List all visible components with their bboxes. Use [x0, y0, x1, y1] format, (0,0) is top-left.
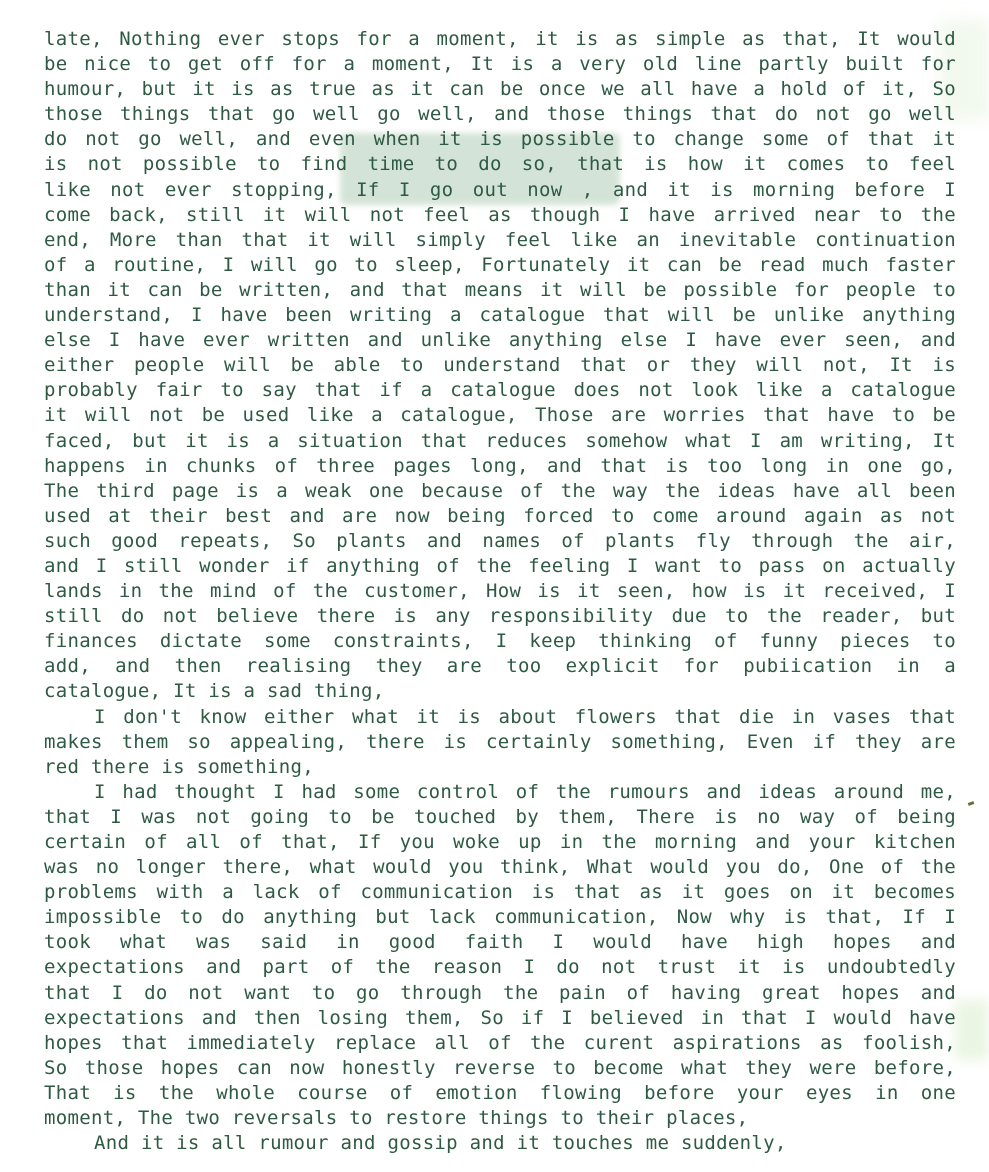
text-line: do not go well, and even when it is poss… [44, 127, 956, 152]
text-line: expectations and then losing them, So if… [44, 1006, 956, 1031]
text-line: red there is something, [44, 755, 956, 780]
paper-speck [968, 801, 975, 806]
text-line: that I was not going to be touched by th… [44, 805, 956, 830]
text-line: faced, but it is a situation that reduce… [44, 429, 956, 454]
text-line: either people will be able to understand… [44, 353, 956, 378]
text-line: like not ever stopping, If I go out now … [44, 178, 956, 203]
text-line: it will not be used like a catalogue, Th… [44, 403, 956, 428]
text-line: still do not believe there is any respon… [44, 604, 956, 629]
text-line: humour, but it is as true as it can be o… [44, 77, 956, 102]
text-line: be nice to get off for a moment, It is a… [44, 52, 956, 77]
text-line: certain of all of that, If you woke up i… [44, 830, 956, 855]
text-line: makes them so appealing, there is certai… [44, 730, 956, 755]
text-line: those things that go well go well, and t… [44, 102, 956, 127]
text-line: else I have ever written and unlike anyt… [44, 328, 956, 353]
text-line: is not possible to find time to do so, t… [44, 152, 956, 177]
text-line: understand, I have been writing a catalo… [44, 303, 956, 328]
text-line: was no longer there, what would you thin… [44, 855, 956, 880]
text-line: moment, The two reversals to restore thi… [44, 1106, 956, 1131]
text-line: And it is all rumour and gossip and it t… [44, 1131, 956, 1156]
text-line: that I do not want to go through the pai… [44, 981, 956, 1006]
text-line: So those hopes can now honestly reverse … [44, 1056, 956, 1081]
text-line: of a routine, I will go to sleep, Fortun… [44, 253, 956, 278]
text-line: problems with a lack of communication is… [44, 880, 956, 905]
text-line: such good repeats, So plants and names o… [44, 529, 956, 554]
text-line: The third page is a weak one because of … [44, 479, 956, 504]
typed-page-text: late, Nothing ever stops for a moment, i… [44, 27, 956, 1156]
text-line: and I still wonder if anything of the fe… [44, 554, 956, 579]
text-line: lands in the mind of the customer, How i… [44, 579, 956, 604]
text-line: late, Nothing ever stops for a moment, i… [44, 27, 956, 52]
text-line: happens in chunks of three pages long, a… [44, 454, 956, 479]
text-line: finances dictate some constraints, I kee… [44, 629, 956, 654]
paper-stain [955, 1000, 989, 1060]
text-line: add, and then realising they are too exp… [44, 654, 956, 679]
text-line: catalogue, It is a sad thing, [44, 679, 956, 704]
text-line: used at their best and are now being for… [44, 504, 956, 529]
text-line: impossible to do anything but lack commu… [44, 905, 956, 930]
text-line: come back, still it will not feel as tho… [44, 203, 956, 228]
text-line: expectations and part of the reason I do… [44, 955, 956, 980]
text-line: probably fair to say that if a catalogue… [44, 378, 956, 403]
text-line: end, More than that it will simply feel … [44, 228, 956, 253]
text-line: than it can be written, and that means i… [44, 278, 956, 303]
text-line: hopes that immediately replace all of th… [44, 1031, 956, 1056]
text-line: That is the whole course of emotion flow… [44, 1081, 956, 1106]
text-line: I don't know either what it is about flo… [44, 705, 956, 730]
text-line: took what was said in good faith I would… [44, 930, 956, 955]
text-line: I had thought I had some control of the … [44, 780, 956, 805]
